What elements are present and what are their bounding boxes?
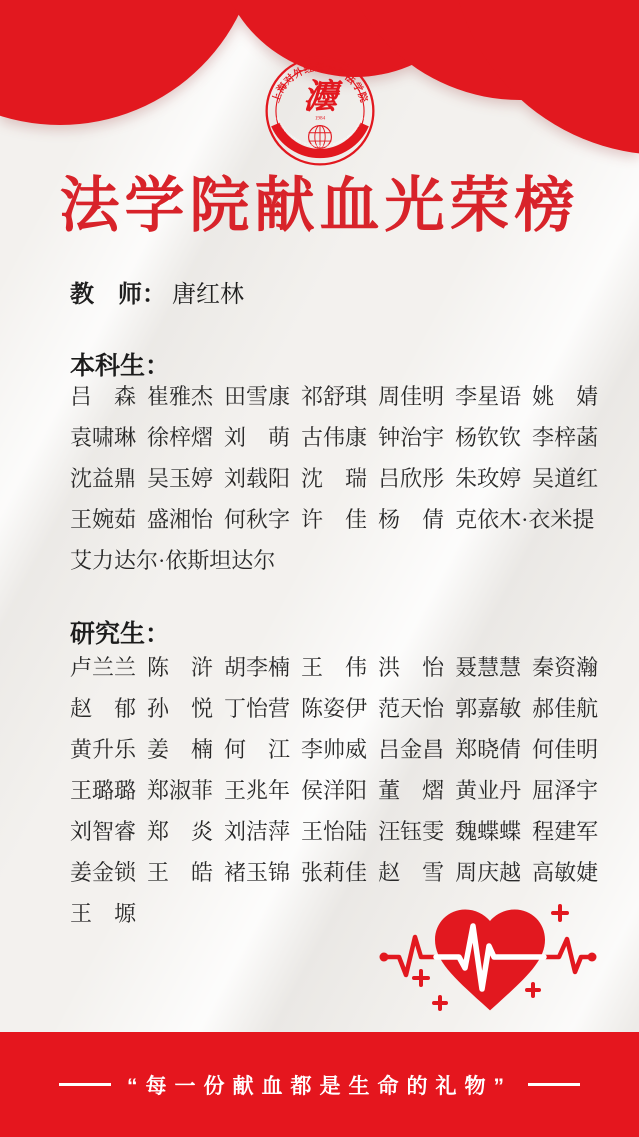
person-name: 吴道红 (532, 462, 598, 493)
name-row: 艾力达尔·依斯坦达尔 (70, 539, 598, 580)
person-name: 张莉佳 (301, 856, 367, 887)
person-name: 周佳明 (378, 380, 444, 411)
person-name: 吕欣彤 (378, 462, 444, 493)
person-name: 祁舒琪 (301, 380, 367, 411)
seal-calligraphy-glyph: 灋 (303, 78, 344, 116)
person-name: 侯洋阳 (301, 774, 367, 805)
name-row: 黄升乐姜 楠何 江李帅威吕金昌郑晓倩何佳明 (70, 728, 598, 769)
name-row: 姜金锁王 皓褚玉锦张莉佳赵 雪周庆越高敏婕 (70, 851, 598, 892)
person-name: 周庆越 (455, 856, 521, 887)
person-name: 克依木·衣米提 (455, 503, 594, 534)
person-name: 陈 浒 (147, 651, 213, 682)
name-row: 王婉茹盛湘怡何秋字许 佳杨 倩克依木·衣米提 (70, 498, 598, 539)
person-name: 王 伟 (301, 651, 367, 682)
person-name: 何秋字 (224, 503, 290, 534)
person-name: 卢兰兰 (70, 651, 136, 682)
person-name: 洪 怡 (378, 651, 444, 682)
university-seal: 上海对外经贸大学法学院 SHANGHAI UNIVERSITY OF INTER… (263, 54, 377, 168)
undergraduate-name-list: 吕 森崔雅杰田雪康祁舒琪周佳明李星语姚 婧袁啸琳徐梓熠刘 萌古伟康钟治宇杨钦钦李… (70, 375, 598, 580)
graduate-section-heading: 研究生： (70, 614, 170, 650)
footer-dash-left (59, 1083, 111, 1086)
person-name: 袁啸琳 (70, 421, 136, 452)
person-name: 刘 萌 (224, 421, 290, 452)
person-name: 王璐璐 (70, 774, 136, 805)
name-row: 沈益鼎吴玉婷刘载阳沈 瑞吕欣彤朱玫婷吴道红 (70, 457, 598, 498)
person-name: 褚玉锦 (224, 856, 290, 887)
person-name: 黄升乐 (70, 733, 136, 764)
person-name: 黄业丹 (455, 774, 521, 805)
person-name: 李梓菡 (532, 421, 598, 452)
person-name: 赵 郁 (70, 692, 136, 723)
person-name: 程建军 (532, 815, 598, 846)
person-name: 盛湘怡 (147, 503, 213, 534)
person-name: 魏蝶蝶 (455, 815, 521, 846)
heart-ekg-graphic (365, 890, 610, 1020)
person-name: 屈泽宇 (532, 774, 598, 805)
person-name: 姚 婧 (532, 380, 598, 411)
person-name: 何佳明 (532, 733, 598, 764)
person-name: 李帅威 (301, 733, 367, 764)
person-name: 郑晓倩 (455, 733, 521, 764)
person-name: 吕 森 (70, 380, 136, 411)
person-name: 赵 雪 (378, 856, 444, 887)
person-name: 郑 炎 (147, 815, 213, 846)
person-name: 艾力达尔·依斯坦达尔 (70, 544, 275, 575)
person-name: 徐梓熠 (147, 421, 213, 452)
person-name: 刘载阳 (224, 462, 290, 493)
person-name: 范天怡 (378, 692, 444, 723)
poster-title: 法学院献血光荣榜 (0, 158, 639, 244)
heart-icon (435, 910, 545, 1011)
person-name: 汪钰雯 (378, 815, 444, 846)
person-name: 姜金锁 (70, 856, 136, 887)
person-name: 郝佳航 (532, 692, 598, 723)
person-name: 刘洁萍 (224, 815, 290, 846)
name-row: 刘智睿郑 炎刘洁萍王怡陆汪钰雯魏蝶蝶程建军 (70, 810, 598, 851)
person-name: 王 皓 (147, 856, 213, 887)
teacher-line: 教 师：唐红林 (70, 274, 244, 309)
ribbon-scallop-left (0, 0, 260, 125)
name-row: 卢兰兰陈 浒胡李楠王 伟洪 怡聂慧慧秦资瀚 (70, 646, 598, 687)
person-name: 朱玫婷 (455, 462, 521, 493)
footer-quote: “每一份献血都是生命的礼物” (127, 1070, 512, 1100)
footer-dash-right (528, 1083, 580, 1086)
person-name: 郭嘉敏 (455, 692, 521, 723)
person-name: 古伟康 (301, 421, 367, 452)
person-name: 孙 悦 (147, 692, 213, 723)
person-name: 钟治宇 (378, 421, 444, 452)
person-name: 王婉茹 (70, 503, 136, 534)
ekg-dot-left (380, 953, 389, 962)
person-name: 许 佳 (301, 503, 367, 534)
person-name: 高敏婕 (532, 856, 598, 887)
person-name: 田雪康 (224, 380, 290, 411)
person-name: 王 塬 (70, 897, 136, 928)
person-name: 秦资瀚 (532, 651, 598, 682)
seal-year: 1984 (315, 115, 326, 121)
person-name: 沈 瑞 (301, 462, 367, 493)
person-name: 陈姿伊 (301, 692, 367, 723)
person-name: 胡李楠 (224, 651, 290, 682)
name-row: 吕 森崔雅杰田雪康祁舒琪周佳明李星语姚 婧 (70, 375, 598, 416)
name-row: 王璐璐郑淑菲王兆年侯洋阳董 熠黄业丹屈泽宇 (70, 769, 598, 810)
person-name: 聂慧慧 (455, 651, 521, 682)
person-name: 何 江 (224, 733, 290, 764)
person-name: 刘智睿 (70, 815, 136, 846)
person-name: 吴玉婷 (147, 462, 213, 493)
ekg-dot-right (588, 953, 597, 962)
person-name: 董 熠 (378, 774, 444, 805)
teacher-name: 唐红林 (172, 282, 244, 308)
person-name: 杨 倩 (378, 503, 444, 534)
blood-donation-honor-roll-poster: 上海对外经贸大学法学院 SHANGHAI UNIVERSITY OF INTER… (0, 0, 639, 1137)
footer-banner: “每一份献血都是生命的礼物” (0, 1032, 639, 1137)
person-name: 丁怡营 (224, 692, 290, 723)
person-name: 吕金昌 (378, 733, 444, 764)
person-name: 姜 楠 (147, 733, 213, 764)
person-name: 郑淑菲 (147, 774, 213, 805)
teacher-label: 教 师： (70, 282, 166, 308)
person-name: 崔雅杰 (147, 380, 213, 411)
name-row: 袁啸琳徐梓熠刘 萌古伟康钟治宇杨钦钦李梓菡 (70, 416, 598, 457)
person-name: 沈益鼎 (70, 462, 136, 493)
name-row: 赵 郁孙 悦丁怡营陈姿伊范天怡郭嘉敏郝佳航 (70, 687, 598, 728)
person-name: 李星语 (455, 380, 521, 411)
person-name: 王怡陆 (301, 815, 367, 846)
person-name: 杨钦钦 (455, 421, 521, 452)
person-name: 王兆年 (224, 774, 290, 805)
